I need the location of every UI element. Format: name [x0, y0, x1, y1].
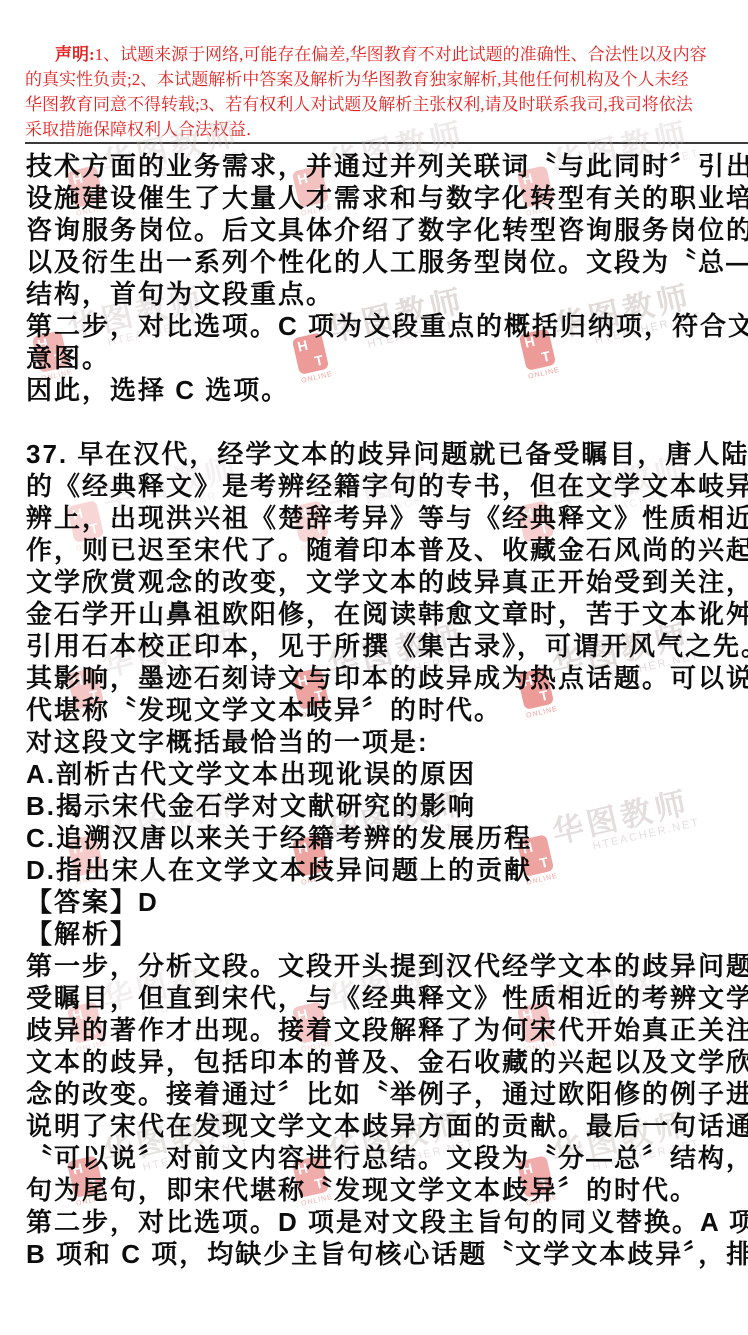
question-passage: 37. 早在汉代，经学文本的歧异问题就已备受瞩目，唐人陆德明的《经典释文》是考辨…	[26, 438, 726, 726]
analysis-text-line: 文本的歧异，包括印本的普及、金石收藏的兴起以及文学欣赏观	[26, 1046, 726, 1078]
analysis-text-line: 说明了宋代在发现文学文本歧异方面的贡献。最后一句话通过	[26, 1110, 726, 1142]
analysis-text-line: 咨询服务岗位。后文具体介绍了数字化转型咨询服务岗位的职责,	[26, 214, 726, 246]
passage-text-line: 其影响，墨迹石刻诗文与印本的歧异成为热点话题。可以说，宋	[26, 662, 726, 694]
analysis-text-line: 第二步，对比选项。D 项是对文段主旨句的同义替换。A 项、	[26, 1206, 726, 1238]
passage-text-line: 37. 早在汉代，经学文本的歧异问题就已备受瞩目，唐人陆德明	[26, 438, 726, 470]
analysis-text-line: 受瞩目，但直到宋代，与《经典释文》性质相近的考辨文学文本	[26, 982, 726, 1014]
option-b: B.揭示宋代金石学对文献研究的影响	[26, 790, 726, 822]
passage-text-line: 金石学开山鼻祖欧阳修，在阅读韩愈文章时，苦于文本讹舛，就	[26, 598, 726, 630]
analysis-text-line: 歧异的著作才出现。接着文段解释了为何宋代开始真正关注文学	[26, 1014, 726, 1046]
question-stem: 对这段文字概括最恰当的一项是:	[26, 726, 726, 758]
disclaimer-line: 采取措施保障权利人合法权益．	[25, 117, 725, 142]
analysis-text-line: 念的改变。接着通过〞比如〝举例子，通过欧阳修的例子进一步	[26, 1078, 726, 1110]
disclaimer-line: 华图教育同意不得转载;3、若有权利人对试题及解析主张权利,请及时联系我司,我司将…	[25, 92, 725, 117]
analysis-text-line: 因此，选择 C 选项。	[26, 374, 726, 406]
passage-text-line: 代堪称〝发现文学文本岐异〞的时代。	[26, 694, 726, 726]
disclaimer-label: 声明:	[55, 45, 95, 64]
options-list: A.剖析古代文学文本出现讹误的原因 B.揭示宋代金石学对文献研究的影响 C.追溯…	[26, 758, 726, 886]
section-divider	[25, 142, 748, 144]
analysis-text-line: 以及衍生出一系列个性化的人工服务型岗位。文段为〝总—分〞	[26, 246, 726, 278]
option-a: A.剖析古代文学文本出现讹误的原因	[26, 758, 726, 790]
passage-text-line: 辨上，出现洪兴祖《楚辞考异》等与《经典释文》性质相近的著	[26, 502, 726, 534]
analysis-text-line: 结构，首句为文段重点。	[26, 278, 726, 310]
disclaimer: 声明:1、试题来源于网络,可能存在偏差,华图教育不对此试题的准确性、合法性以及内…	[25, 42, 725, 142]
disclaimer-continuation: 的真实性负责;2、本试题解析中答案及解析为华图教育独家解析,其他任何机构及个人未…	[25, 67, 725, 142]
passage-text-line: 的《经典释文》是考辨经籍字句的专书，但在文学文本岐异的考	[26, 470, 726, 502]
analysis-text-line: 意图。	[26, 342, 726, 374]
analysis-text-line: 设施建设催生了大量人才需求和与数字化转型有关的职业培训和	[26, 182, 726, 214]
passage-text-line: 文学欣赏观念的改变，文学文本的歧异真正开始受到关注，比如	[26, 566, 726, 598]
option-c: C.追溯汉唐以来关于经籍考辨的发展历程	[26, 822, 726, 854]
analysis-text-line: 技术方面的业务需求，并通过并列关联词〝与此同时〞引出软件	[26, 150, 726, 182]
analysis-text-line: 第二步，对比选项。C 项为文段重点的概括归纳项，符合文段	[26, 310, 726, 342]
disclaimer-line: 声明:1、试题来源于网络,可能存在偏差,华图教育不对此试题的准确性、合法性以及内…	[25, 42, 725, 67]
document-body: 技术方面的业务需求，并通过并列关联词〝与此同时〞引出软件设施建设催生了大量人才需…	[26, 150, 726, 1270]
answer-line: 【答案】D	[26, 886, 726, 918]
passage-text-line: 作，则已迟至宋代了。随着印本普及、收藏金石风尚的兴起以及	[26, 534, 726, 566]
analysis-label: 【解析】	[26, 918, 726, 950]
question-analysis: 第一步，分析文段。文段开头提到汉代经学文本的歧异问题已备受瞩目，但直到宋代，与《…	[26, 950, 726, 1270]
analysis-text-line: 第一步，分析文段。文段开头提到汉代经学文本的歧异问题已备	[26, 950, 726, 982]
passage-text-line: 引用石本校正印本，见于所撰《集古录》，可谓开风气之先。受	[26, 630, 726, 662]
exam-solution-page: HTONLINE华图教师HTEACHER.NETHTONLINE华图教师HTEA…	[0, 0, 748, 1335]
analysis-text-line: 〝可以说〞对前文内容进行总结。文段为〝分—总〞结构，主旨	[26, 1142, 726, 1174]
option-d: D.指出宋人在文学文本歧异问题上的贡献	[26, 854, 726, 886]
analysis-text-line: 句为尾句，即宋代堪称〝发现文学文本歧异〞的时代。	[26, 1174, 726, 1206]
analysis-text-line: B 项和 C 项，均缺少主旨句核心话题〝文学文本歧异〞，排除	[26, 1238, 726, 1270]
blank-line	[26, 406, 726, 438]
disclaimer-line: 的真实性负责;2、本试题解析中答案及解析为华图教育独家解析,其他任何机构及个人未…	[25, 67, 725, 92]
previous-question-analysis: 技术方面的业务需求，并通过并列关联词〝与此同时〞引出软件设施建设催生了大量人才需…	[26, 150, 726, 406]
disclaimer-text: 1、试题来源于网络,可能存在偏差,华图教育不对此试题的准确性、合法性以及内容	[95, 45, 707, 64]
